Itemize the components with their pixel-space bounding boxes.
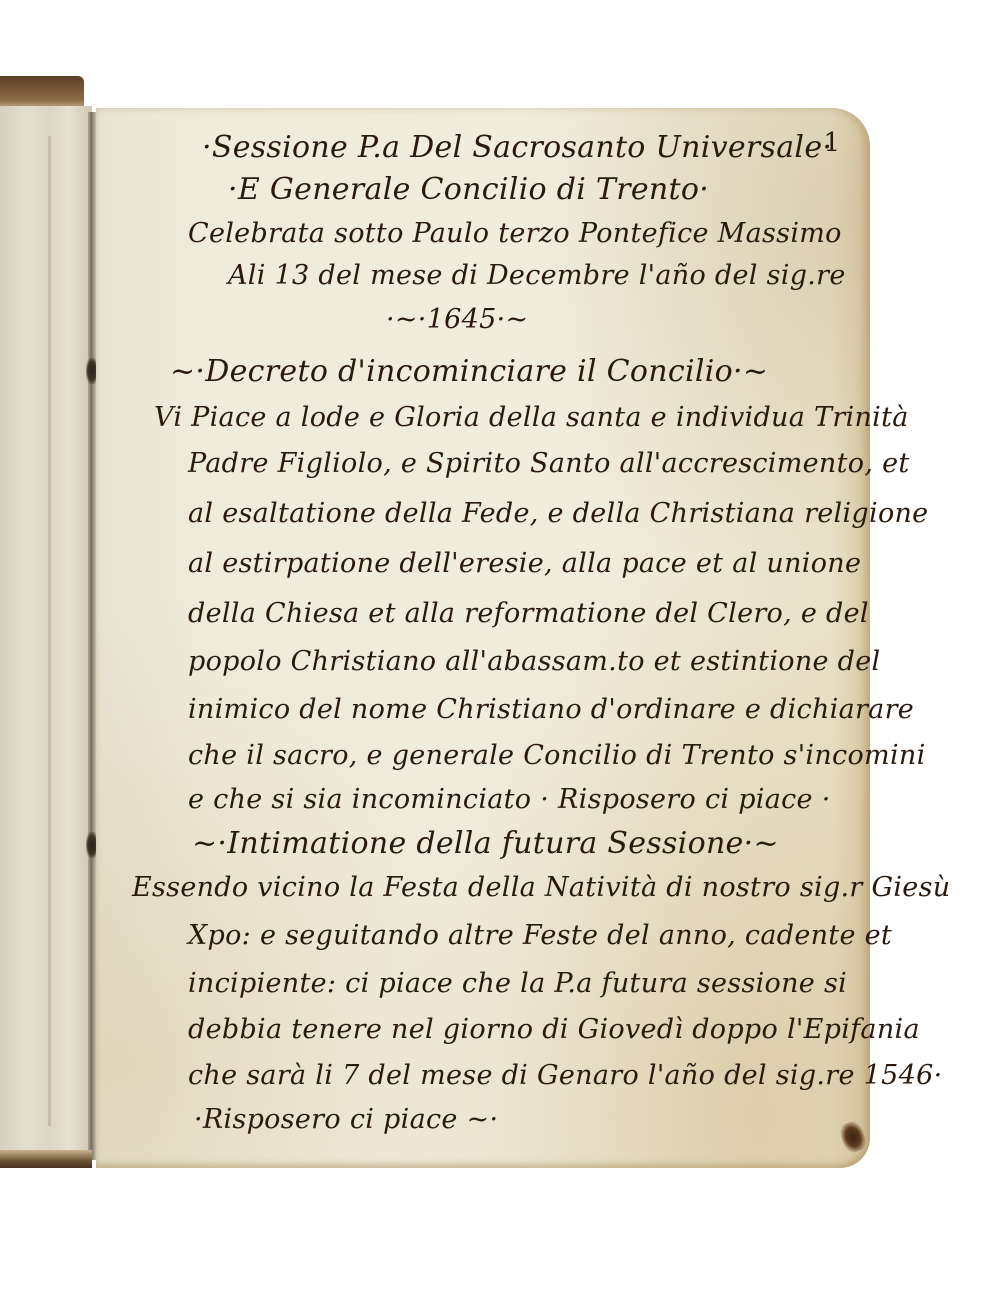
- decree-heading: ~·Decreto d'incominciare il Concilio·~: [170, 354, 768, 389]
- decree-line: Padre Figliolo, e Spirito Santo all'accr…: [188, 448, 910, 479]
- manuscript-page: 1 ·Sessione P.a Del Sacrosanto Universal…: [96, 108, 870, 1168]
- manuscript-photo: 1 ·Sessione P.a Del Sacrosanto Universal…: [0, 0, 1000, 1293]
- intimation-line: incipiente: ci piace che la P.a futura s…: [188, 968, 847, 999]
- book-cover-top-edge: [0, 76, 84, 110]
- handwritten-text: 1 ·Sessione P.a Del Sacrosanto Universal…: [96, 108, 870, 1168]
- intimation-line: debbia tenere nel giorno di Giovedì dopp…: [188, 1014, 920, 1045]
- decree-line: e che si sia incominciato · Risposero ci…: [188, 784, 831, 815]
- decree-line: al estirpatione dell'eresie, alla pace e…: [188, 548, 861, 579]
- intimation-heading: ~·Intimatione della futura Sessione·~: [192, 826, 779, 861]
- intimation-line: che sarà li 7 del mese di Genaro l'año d…: [188, 1060, 942, 1091]
- intimation-line: ·Risposero ci piace ~·: [194, 1104, 498, 1135]
- title-line: ·E Generale Concilio di Trento·: [228, 172, 709, 207]
- decree-line: al esaltatione della Fede, e della Chris…: [188, 498, 928, 529]
- intimation-line: Essendo vicino la Festa della Natività d…: [132, 872, 950, 903]
- title-line: ·Sessione P.a Del Sacrosanto Universale·: [202, 130, 832, 165]
- title-line: Ali 13 del mese di Decembre l'año del si…: [228, 260, 846, 291]
- decree-line: inimico del nome Christiano d'ordinare e…: [188, 694, 914, 725]
- left-flyleaf: [0, 106, 92, 1158]
- decree-line: della Chiesa et alla reformatione del Cl…: [188, 598, 869, 629]
- title-line: Celebrata sotto Paulo terzo Pontefice Ma…: [188, 218, 842, 249]
- title-date: ·~·1645·~: [386, 304, 528, 335]
- decree-line: popolo Christiano all'abassam.to et esti…: [188, 646, 880, 677]
- intimation-line: Xpo: e seguitando altre Feste del anno, …: [188, 920, 892, 951]
- book-cover-bottom-edge: [0, 1150, 92, 1168]
- decree-line: che il sacro, e generale Concilio di Tre…: [188, 740, 926, 771]
- book-gutter: [88, 112, 96, 1160]
- decree-line: Vi Piace a lode e Gloria della santa e i…: [154, 402, 909, 433]
